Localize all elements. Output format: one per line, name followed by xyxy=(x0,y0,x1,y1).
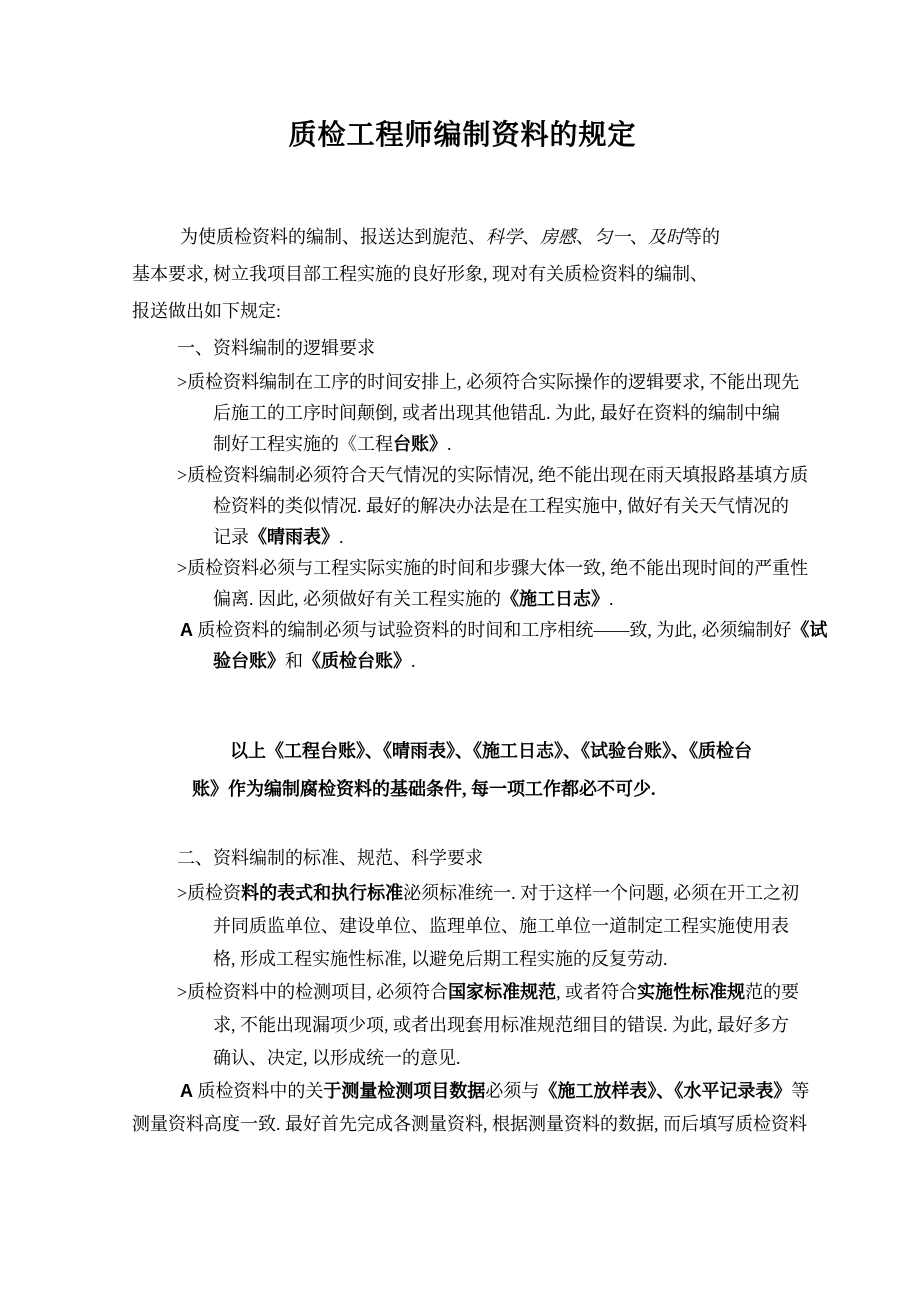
text-line: >质检资料中的检测项目, 必须符合国家标准规范, 或者符合实施性标准规范的要 xyxy=(132,976,793,1009)
text-run: 、 xyxy=(671,741,689,761)
text-line: >质检资料必须与工程实际实施的时间和步骤大体一致, 绝不能出现时间的严重性 xyxy=(132,553,793,584)
summary-paragraph: 以上《工程台账》、《晴雨表》、《施工日志》、《试验台账》、《质检台账》作为编制腐… xyxy=(132,732,793,808)
document-body: 为使质检资料的编制、报送达到旎范、科学、房慼、匀一、及时等的基本要求, 树立我项… xyxy=(132,219,793,1141)
text-run: 记录 xyxy=(213,527,249,547)
text-line: 确认、决定, 以形成统一的意见. xyxy=(132,1042,793,1075)
text-run: 报送做出如下规定: xyxy=(132,301,281,321)
text-run: 偏离. 因此, 必须做好有关工程实施的 xyxy=(213,589,501,609)
text-run: . xyxy=(411,651,416,671)
text-run: 二、资料编制的标准、规范、科学要求 xyxy=(177,848,483,868)
text-run: >质检资料编制在工序的时间安排上, 必须符合实际操作的逻辑要求, 不能出现先 xyxy=(177,372,799,392)
text-line: A 质检资料中的关于测量检测项目数据必须与《施工放样表》、《水平记录表》等 xyxy=(132,1075,793,1108)
text-line: 并同质监单位、建设单位、监理单位、施工单位一道制定工程实施使用表 xyxy=(132,910,793,943)
text-line: >质检资料的表式和执行标准泌须标准统一. 对于这样一个问题, 必须在开工之初 xyxy=(132,877,793,910)
text-run: 质检资料的编制必须与试验资料的时间和工序相统——致, 为此, 必须编制好 xyxy=(197,620,791,640)
list-marker: A xyxy=(180,1081,197,1101)
text-run: 一、资料编制的逻辑要求 xyxy=(177,338,375,358)
text-line: A 质检资料的编制必须与试验资料的时间和工序相统——致, 为此, 必须编制好《试 xyxy=(132,615,793,646)
text-run: >质检资料中的检测项目, 必须符合 xyxy=(177,982,448,1002)
bullet-item: >质检资料必须与工程实际实施的时间和步骤大体一致, 绝不能出现时间的严重性偏离.… xyxy=(132,553,793,615)
text-run: 等的 xyxy=(684,227,720,247)
text-line: 一、资料编制的逻辑要求 xyxy=(132,330,793,367)
book-title: 《施工放样表》、《水平记录表》 xyxy=(539,1081,791,1101)
page-title: 质检工程师编制资料的规定 xyxy=(132,118,793,152)
text-run: 及时 xyxy=(648,227,684,247)
text-run: 检资料的类似情况. 最好的解决办法是在工程实施中, 做好有关天气情况的 xyxy=(213,496,789,516)
emphasis-run: 国家标准规范 xyxy=(448,982,556,1002)
lettered-item: A 质检资料的编制必须与试验资料的时间和工序相统——致, 为此, 必须编制好《试… xyxy=(132,615,793,677)
text-line: 求, 不能出现漏项少项, 或者出现套用标准规范细目的错误. 为此, 最好多方 xyxy=(132,1009,793,1042)
text-run: 、 xyxy=(630,227,648,247)
text-line: 账》作为编制腐检资料的基础条件, 每一项工作都必不可少. xyxy=(132,770,793,808)
bullet-item: >质检资料的表式和执行标准泌须标准统一. 对于这样一个问题, 必须在开工之初并同… xyxy=(132,877,793,976)
book-title: 《施工日志》 xyxy=(473,741,563,761)
text-line: 制好工程实施的《工程台账》. xyxy=(132,429,793,460)
text-run: 、 xyxy=(522,227,540,247)
text-run: 和 xyxy=(285,651,303,671)
text-run: 、 xyxy=(365,741,383,761)
book-title: 《晴雨表》 xyxy=(383,741,455,761)
bullet-item: >质检资料编制必须符合天气情况的实际情况, 绝不能出现在雨天填报路基填方质检资料… xyxy=(132,460,793,553)
book-title: 《施工日志》 xyxy=(501,589,609,609)
text-run: , 或者符合 xyxy=(556,982,637,1002)
text-run: >质检资料必须与工程实际实施的时间和步骤大体一致, 绝不能出现时间的严重性 xyxy=(177,558,808,578)
text-run: 账》作为编制腐检资料的基础条件, 每一项工作都必不可少. xyxy=(192,779,656,799)
text-run: 科学 xyxy=(486,227,522,247)
text-run: 后施工的工序时间颠倒, 或者出现其他错乱. 为此, 最好在资料的编制中编 xyxy=(213,403,780,423)
emphasis-run: 料的表式和执行标准 xyxy=(241,883,403,903)
document-page: 质检工程师编制资料的规定 为使质检资料的编制、报送达到旎范、科学、房慼、匀一、及… xyxy=(0,0,920,1301)
text-run: 以上 xyxy=(230,741,266,761)
text-run: 、 xyxy=(455,741,473,761)
text-run: . xyxy=(447,434,452,454)
text-run: 泌须标准统一. 对于这样一个问题, 必须在开工之初 xyxy=(403,883,799,903)
book-title: 《质检台 xyxy=(689,741,752,761)
text-line: 二、资料编制的标准、规范、科学要求 xyxy=(132,840,793,877)
emphasis-run: 于测量检测项目数据 xyxy=(323,1081,485,1101)
text-line: 验台账》和《质检台账》. xyxy=(132,646,793,677)
text-run: 基本要求, 树立我项目部工程实施的良好形象, 现对有关质检资料的编制、 xyxy=(132,264,708,284)
book-title: 《工程台账》 xyxy=(266,741,365,761)
section-heading: 一、资料编制的逻辑要求 xyxy=(132,330,793,367)
text-line: >质检资料编制必须符合天气情况的实际情况, 绝不能出现在雨天填报路基填方质 xyxy=(132,460,793,491)
text-run: 为使质检资料的编制、报送达到旎范、 xyxy=(180,227,486,247)
text-line: 为使质检资料的编制、报送达到旎范、科学、房慼、匀一、及时等的 xyxy=(132,219,793,256)
bullet-item: >质检资料编制在工序的时间安排上, 必须符合实际操作的逻辑要求, 不能出现先后施… xyxy=(132,367,793,460)
lettered-item: A 质检资料中的关于测量检测项目数据必须与《施工放样表》、《水平记录表》等测量资… xyxy=(132,1075,793,1141)
text-line: 报送做出如下规定: xyxy=(132,293,793,330)
text-run: >质检资料编制必须符合天气情况的实际情况, 绝不能出现在雨天填报路基填方质 xyxy=(177,465,808,485)
text-run: >质检资 xyxy=(177,883,241,903)
text-run: . xyxy=(609,589,614,609)
emphasis-run: 实施性标准规 xyxy=(637,982,745,1002)
text-run: 并同质监单位、建设单位、监理单位、施工单位一道制定工程实施使用表 xyxy=(213,916,789,936)
text-run: 确认、决定, 以形成统一的意见. xyxy=(213,1048,461,1068)
intro-paragraph: 为使质检资料的编制、报送达到旎范、科学、房慼、匀一、及时等的基本要求, 树立我项… xyxy=(132,219,793,330)
text-run: 房慼 xyxy=(540,227,576,247)
text-run: 测量资料高度一致. 最好首先完成各测量资料, 根据测量资料的数据, 而后填写质检… xyxy=(132,1114,807,1134)
text-line: 基本要求, 树立我项目部工程实施的良好形象, 现对有关质检资料的编制、 xyxy=(132,256,793,293)
text-run: 、 xyxy=(563,741,581,761)
book-title: 《试验台账》 xyxy=(581,741,671,761)
text-run: 格, 形成工程实施性标准, 以避免后期工程实施的反复劳动. xyxy=(213,949,668,969)
book-title: 《晴雨表》 xyxy=(249,527,339,547)
book-title: 台账》 xyxy=(393,434,447,454)
text-run: . xyxy=(339,527,344,547)
text-line: >质检资料编制在工序的时间安排上, 必须符合实际操作的逻辑要求, 不能出现先 xyxy=(132,367,793,398)
document-content: 质检工程师编制资料的规定 为使质检资料的编制、报送达到旎范、科学、房慼、匀一、及… xyxy=(132,118,793,1141)
text-run: 求, 不能出现漏项少项, 或者出现套用标准规范细目的错误. 为此, 最好多方 xyxy=(213,1015,789,1035)
text-run: 、 xyxy=(576,227,594,247)
list-marker: A xyxy=(180,620,197,640)
bullet-item: >质检资料中的检测项目, 必须符合国家标准规范, 或者符合实施性标准规范的要求,… xyxy=(132,976,793,1075)
text-run: 匀一 xyxy=(594,227,630,247)
section-heading: 二、资料编制的标准、规范、科学要求 xyxy=(132,840,793,877)
text-run: 等 xyxy=(791,1081,809,1101)
text-line: 检资料的类似情况. 最好的解决办法是在工程实施中, 做好有关天气情况的 xyxy=(132,491,793,522)
text-line: 后施工的工序时间颠倒, 或者出现其他错乱. 为此, 最好在资料的编制中编 xyxy=(132,398,793,429)
book-title: 《质检台账》 xyxy=(303,651,411,671)
text-run: 范的要 xyxy=(745,982,799,1002)
text-run: 必须与 xyxy=(485,1081,539,1101)
text-line: 记录《晴雨表》. xyxy=(132,522,793,553)
text-line: 格, 形成工程实施性标准, 以避免后期工程实施的反复劳动. xyxy=(132,943,793,976)
book-title: 验台账》 xyxy=(213,651,285,671)
text-line: 以上《工程台账》、《晴雨表》、《施工日志》、《试验台账》、《质检台 xyxy=(132,732,793,770)
book-title: 《试 xyxy=(791,620,827,640)
text-run: 质检资料中的关 xyxy=(197,1081,323,1101)
text-run: 制好工程实施的《工程 xyxy=(213,434,393,454)
text-line: 测量资料高度一致. 最好首先完成各测量资料, 根据测量资料的数据, 而后填写质检… xyxy=(132,1108,793,1141)
text-line: 偏离. 因此, 必须做好有关工程实施的《施工日志》. xyxy=(132,584,793,615)
